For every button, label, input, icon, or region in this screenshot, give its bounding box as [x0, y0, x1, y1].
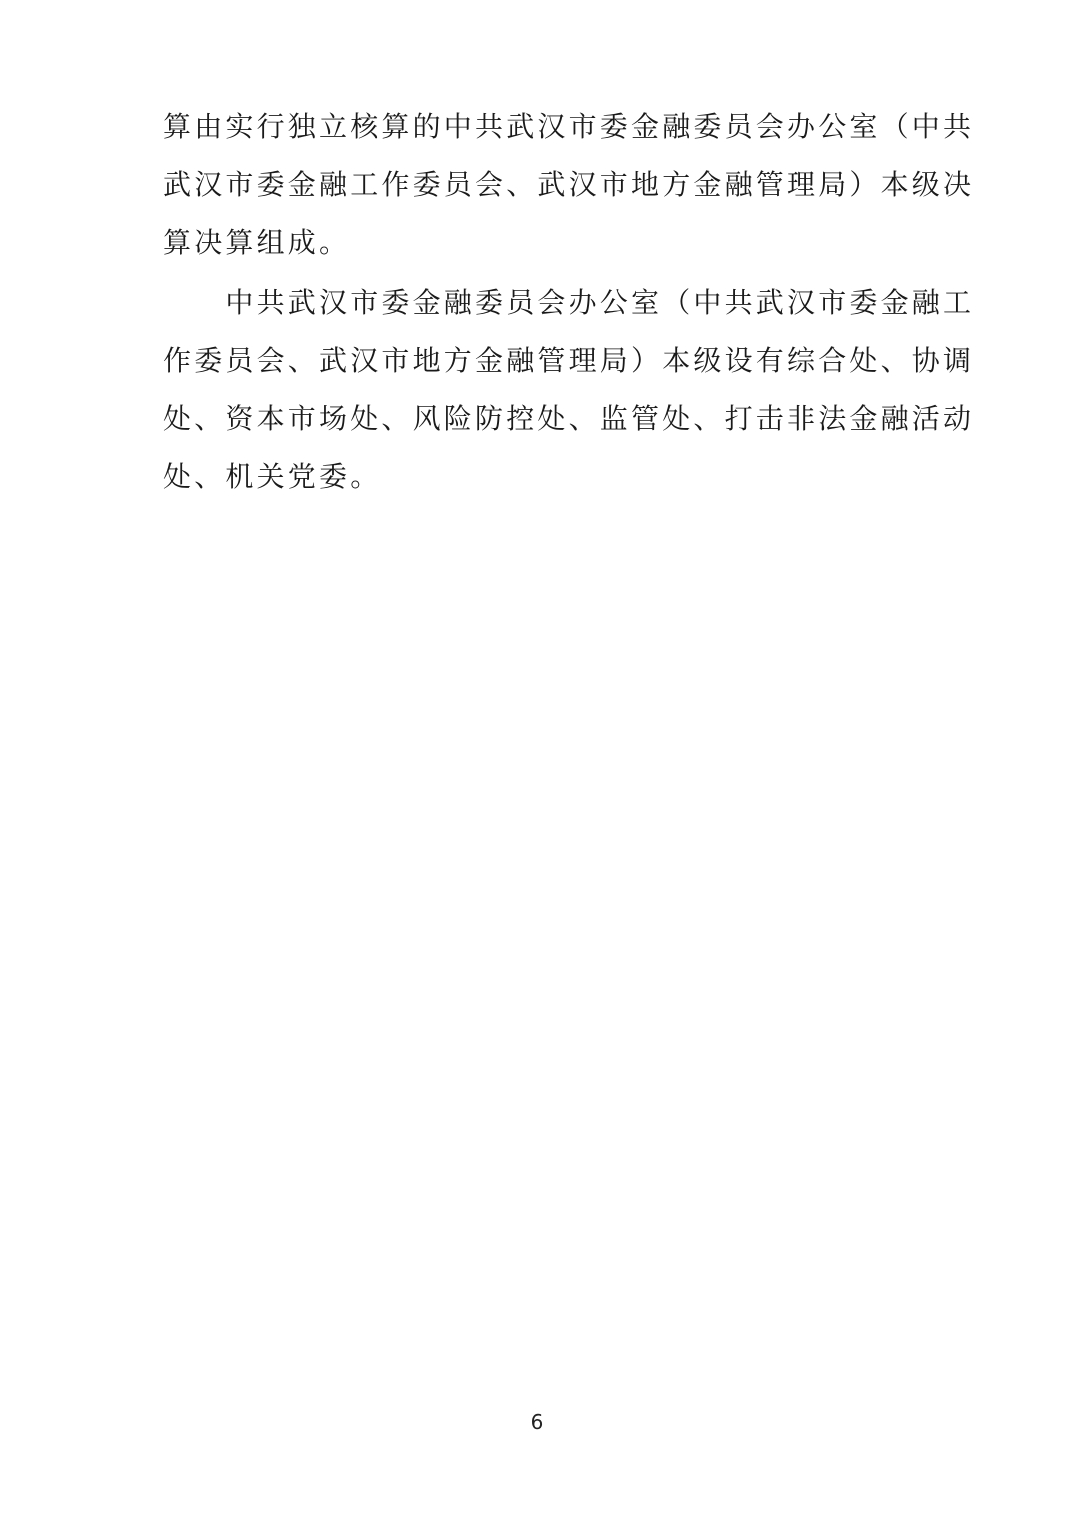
paragraph-budget-composition: 算由实行独立核算的中共武汉市委金融委员会办公室（中共 武汉市委金融工作委员会、武… — [163, 98, 913, 272]
text-line: 武汉市委金融工作委员会、武汉市地方金融管理局）本级决 — [163, 156, 913, 214]
paragraph-internal-departments: 中共武汉市委金融委员会办公室（中共武汉市委金融工 作委员会、武汉市地方金融管理局… — [163, 274, 913, 506]
text-line: 算由实行独立核算的中共武汉市委金融委员会办公室（中共 — [163, 98, 913, 156]
document-page: 算由实行独立核算的中共武汉市委金融委员会办公室（中共 武汉市委金融工作委员会、武… — [0, 0, 1074, 1520]
text-line: 算决算组成。 — [163, 214, 913, 272]
text-line: 处、资本市场处、风险防控处、监管处、打击非法金融活动 — [163, 390, 913, 448]
text-line: 中共武汉市委金融委员会办公室（中共武汉市委金融工 — [163, 274, 913, 332]
document-body: 算由实行独立核算的中共武汉市委金融委员会办公室（中共 武汉市委金融工作委员会、武… — [163, 98, 913, 506]
page-number: 6 — [0, 1410, 1074, 1434]
text-line: 作委员会、武汉市地方金融管理局）本级设有综合处、协调 — [163, 332, 913, 390]
text-line: 处、机关党委。 — [163, 448, 913, 506]
